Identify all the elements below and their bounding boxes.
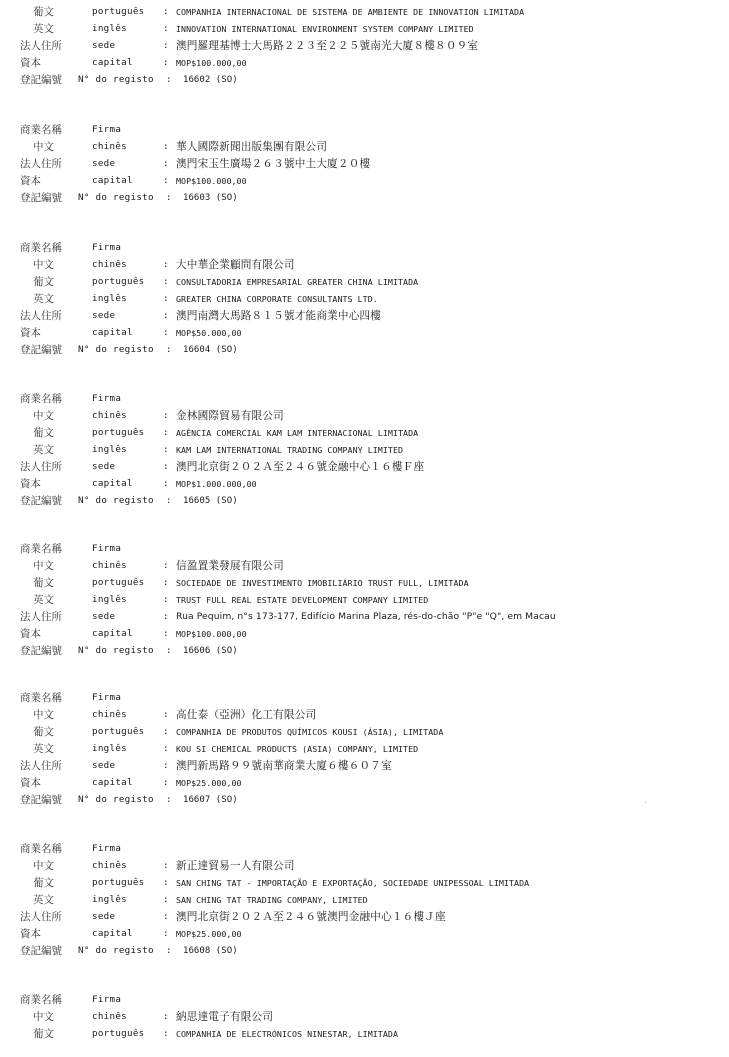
label-zh: 資本 (20, 325, 41, 341)
capital-amount: MOP$1.000.000,00 (176, 476, 257, 492)
registration-number: 16606 (SO) (183, 643, 238, 659)
address-row: 法人住所 sede : Rua Pequim, n°s 173-177, Edi… (0, 609, 729, 625)
label-zh: 葡文 (33, 875, 54, 891)
separator: : (163, 257, 169, 273)
label-pt: N° do registo (78, 493, 154, 509)
address-row: 法人住所 sede : 澳門南灣大馬路８１５號才能商業中心四樓 (0, 308, 729, 324)
label-pt: N° do registo (78, 72, 154, 88)
registration-number: 16608 (SO) (183, 943, 238, 959)
label-pt: inglês (92, 592, 127, 608)
label-pt: chinês (92, 1009, 127, 1025)
label-zh: 資本 (20, 626, 41, 642)
label-zh: 法人住所 (20, 38, 62, 54)
label-pt: português (92, 4, 144, 20)
portuguese-name: SAN CHING TAT - IMPORTAÇÃO E EXPORTAÇÃO,… (176, 875, 529, 891)
chinese-name-row: 中文 chinês : 納思達電子有限公司 (0, 1009, 729, 1025)
label-pt: chinês (92, 408, 127, 424)
label-zh: 英文 (33, 442, 54, 458)
portuguese-name-row: 葡文 português : SOCIEDADE DE INVESTIMENTO… (0, 575, 729, 591)
separator: : (163, 55, 169, 71)
separator: : (163, 425, 169, 441)
capital-row: 資本 capital : MOP$25.000,00 (0, 775, 729, 791)
label-pt: sede (92, 156, 115, 172)
address: Rua Pequim, n°s 173-177, Edifício Marina… (176, 609, 556, 625)
separator: : (163, 626, 169, 642)
label-pt: N° do registo (78, 190, 154, 206)
separator: : (163, 38, 169, 54)
capital-row: 資本 capital : MOP$25.000,00 (0, 926, 729, 942)
firm-header-row: 商業名稱 Firma (0, 122, 729, 138)
label-zh: 資本 (20, 476, 41, 492)
label-zh: 登記編號 (20, 342, 62, 358)
portuguese-name: SOCIEDADE DE INVESTIMENTO IMOBILIÁRIO TR… (176, 575, 469, 591)
registration-row: 登記編號 N° do registo : 16604 (SO) (0, 342, 729, 358)
label-zh: 商業名稱 (20, 841, 62, 857)
registration-number: 16603 (SO) (183, 190, 238, 206)
capital-row: 資本 capital : MOP$100.000,00 (0, 55, 729, 71)
chinese-name: 信盈置業發展有限公司 (176, 558, 284, 574)
english-name-row: 英文 inglês : KAM LAM INTERNATIONAL TRADIN… (0, 442, 729, 458)
separator: : (163, 459, 169, 475)
separator: : (163, 4, 169, 20)
separator: : (163, 592, 169, 608)
label-zh: 商業名稱 (20, 690, 62, 706)
label-pt: N° do registo (78, 943, 154, 959)
capital-amount: MOP$50.000,00 (176, 325, 242, 341)
separator: : (163, 442, 169, 458)
firm-header-row: 商業名稱 Firma (0, 391, 729, 407)
label-zh: 資本 (20, 926, 41, 942)
chinese-name-row: 中文 chinês : 金林國際貿易有限公司 (0, 408, 729, 424)
address: 澳門宋玉生廣場２６３號中土大廈２０樓 (176, 156, 370, 172)
label-pt: inglês (92, 21, 127, 37)
label-pt: capital (92, 173, 133, 189)
label-zh: 法人住所 (20, 156, 62, 172)
label-zh: 法人住所 (20, 459, 62, 475)
label-pt: chinês (92, 257, 127, 273)
label-zh: 葡文 (33, 425, 54, 441)
label-pt: português (92, 724, 144, 740)
english-name: GREATER CHINA CORPORATE CONSULTANTS LTD. (176, 291, 378, 307)
label-zh: 中文 (33, 1009, 54, 1025)
label-zh: 中文 (33, 257, 54, 273)
label-zh: 葡文 (33, 1026, 54, 1042)
chinese-name: 華人國際新聞出版集團有限公司 (176, 139, 327, 155)
chinese-name: 高仕泰（亞洲）化工有限公司 (176, 707, 316, 723)
label-pt: chinês (92, 858, 127, 874)
label-zh: 資本 (20, 55, 41, 71)
english-name: TRUST FULL REAL ESTATE DEVELOPMENT COMPA… (176, 592, 428, 608)
separator: : (166, 190, 172, 206)
label-zh: 中文 (33, 558, 54, 574)
capital-row: 資本 capital : MOP$1.000.000,00 (0, 476, 729, 492)
address-row: 法人住所 sede : 澳門新馬路９９號南華商業大廈６樓６０７室 (0, 758, 729, 774)
label-zh: 英文 (33, 892, 54, 908)
label-zh: 葡文 (33, 4, 54, 20)
address: 澳門新馬路９９號南華商業大廈６樓６０７室 (176, 758, 392, 774)
firm-header-row: 商業名稱 Firma (0, 992, 729, 1008)
address: 澳門北京街２０２Ａ至２４６號金融中心１６樓Ｆ座 (176, 459, 424, 475)
portuguese-name-row: 葡文 português : SAN CHING TAT - IMPORTAÇÃ… (0, 875, 729, 891)
portuguese-name: CONSULTADORIA EMPRESARIAL GREATER CHINA … (176, 274, 418, 290)
chinese-name-row: 中文 chinês : 大中華企業顧問有限公司 (0, 257, 729, 273)
label-zh: 中文 (33, 139, 54, 155)
label-pt: português (92, 575, 144, 591)
capital-amount: MOP$100.000,00 (176, 626, 247, 642)
capital-row: 資本 capital : MOP$100.000,00 (0, 173, 729, 189)
registration-number: 16602 (SO) (183, 72, 238, 88)
label-zh: 商業名稱 (20, 240, 62, 256)
registration-row: 登記編號 N° do registo : 16608 (SO) (0, 943, 729, 959)
separator: : (166, 943, 172, 959)
capital-amount: MOP$25.000,00 (176, 775, 242, 791)
portuguese-name-row: 葡文 português : COMPANHIA DE PRODUTOS QUÍ… (0, 724, 729, 740)
separator: : (163, 173, 169, 189)
separator: : (163, 575, 169, 591)
chinese-name-row: 中文 chinês : 信盈置業發展有限公司 (0, 558, 729, 574)
registration-row: 登記編號 N° do registo : 16602 (SO) (0, 72, 729, 88)
separator: : (163, 156, 169, 172)
label-zh: 中文 (33, 408, 54, 424)
label-pt: sede (92, 758, 115, 774)
label-zh: 葡文 (33, 575, 54, 591)
label-pt: inglês (92, 892, 127, 908)
english-name-row: 英文 inglês : GREATER CHINA CORPORATE CONS… (0, 291, 729, 307)
label-pt: N° do registo (78, 643, 154, 659)
address-row: 法人住所 sede : 澳門羅理基博士大馬路２２３至２２５號南光大廈８樓８０９室 (0, 38, 729, 54)
separator: : (166, 72, 172, 88)
label-pt: português (92, 1026, 144, 1042)
capital-row: 資本 capital : MOP$100.000,00 (0, 626, 729, 642)
capital-amount: MOP$100.000,00 (176, 55, 247, 71)
address: 澳門南灣大馬路８１５號才能商業中心四樓 (176, 308, 381, 324)
label-zh: 中文 (33, 858, 54, 874)
portuguese-name-row: 葡文 português : AGÊNCIA COMERCIAL KAM LAM… (0, 425, 729, 441)
separator: : (163, 609, 169, 625)
label-pt: Firma (92, 992, 121, 1008)
label-pt: sede (92, 609, 115, 625)
registration-row: 登記編號 N° do registo : 16606 (SO) (0, 643, 729, 659)
label-pt: capital (92, 926, 133, 942)
label-zh: 英文 (33, 291, 54, 307)
firm-header-row: 商業名稱 Firma (0, 841, 729, 857)
separator: : (166, 342, 172, 358)
capital-amount: MOP$25.000,00 (176, 926, 242, 942)
label-pt: capital (92, 775, 133, 791)
separator: : (163, 558, 169, 574)
separator: : (163, 741, 169, 757)
label-zh: 登記編號 (20, 792, 62, 808)
chinese-name: 金林國際貿易有限公司 (176, 408, 284, 424)
separator: : (163, 858, 169, 874)
label-zh: 商業名稱 (20, 541, 62, 557)
separator: : (163, 325, 169, 341)
english-name-row: 英文 inglês : KOU SI CHEMICAL PRODUCTS (AS… (0, 741, 729, 757)
english-name: KAM LAM INTERNATIONAL TRADING COMPANY LI… (176, 442, 403, 458)
chinese-name-row: 中文 chinês : 新正達貿易一人有限公司 (0, 858, 729, 874)
english-name: SAN CHING TAT TRADING COMPANY, LIMITED (176, 892, 368, 908)
label-zh: 商業名稱 (20, 992, 62, 1008)
separator: : (163, 274, 169, 290)
label-zh: 資本 (20, 173, 41, 189)
separator: : (163, 926, 169, 942)
label-pt: português (92, 274, 144, 290)
english-name-row: 英文 inglês : TRUST FULL REAL ESTATE DEVEL… (0, 592, 729, 608)
label-zh: 英文 (33, 592, 54, 608)
label-zh: 英文 (33, 741, 54, 757)
separator: : (163, 909, 169, 925)
firm-header-row: 商業名稱 Firma (0, 240, 729, 256)
separator: : (163, 139, 169, 155)
registration-row: 登記編號 N° do registo : 16607 (SO) (0, 792, 729, 808)
portuguese-name-row: 葡文 português : COMPANHIA INTERNACIONAL D… (0, 4, 729, 20)
portuguese-name-row: 葡文 português : COMPANHIA DE ELECTRÓNICOS… (0, 1026, 729, 1042)
separator: : (163, 707, 169, 723)
capital-amount: MOP$100.000,00 (176, 173, 247, 189)
label-zh: 登記編號 (20, 943, 62, 959)
label-pt: N° do registo (78, 792, 154, 808)
separator: : (166, 792, 172, 808)
firm-header-row: 商業名稱 Firma (0, 541, 729, 557)
english-name-row: 英文 inglês : INNOVATION INTERNATIONAL ENV… (0, 21, 729, 37)
firm-header-row: 商業名稱 Firma (0, 690, 729, 706)
label-pt: sede (92, 308, 115, 324)
label-pt: capital (92, 476, 133, 492)
label-pt: capital (92, 325, 133, 341)
english-name: KOU SI CHEMICAL PRODUCTS (ASIA) COMPANY,… (176, 741, 418, 757)
separator: : (163, 892, 169, 908)
registration-row: 登記編號 N° do registo : 16605 (SO) (0, 493, 729, 509)
separator: : (166, 643, 172, 659)
registration-number: 16607 (SO) (183, 792, 238, 808)
label-pt: Firma (92, 122, 121, 138)
label-pt: chinês (92, 558, 127, 574)
separator: : (163, 476, 169, 492)
label-pt: capital (92, 55, 133, 71)
label-zh: 登記編號 (20, 72, 62, 88)
address-row: 法人住所 sede : 澳門北京街２０２Ａ至２４６號澳門金融中心１６樓Ｊ座 (0, 909, 729, 925)
separator: : (163, 1026, 169, 1042)
label-zh: 法人住所 (20, 758, 62, 774)
registration-row: 登記編號 N° do registo : 16603 (SO) (0, 190, 729, 206)
address: 澳門羅理基博士大馬路２２３至２２５號南光大廈８樓８０９室 (176, 38, 478, 54)
chinese-name-row: 中文 chinês : 高仕泰（亞洲）化工有限公司 (0, 707, 729, 723)
separator: : (163, 408, 169, 424)
address-row: 法人住所 sede : 澳門北京街２０２Ａ至２４６號金融中心１６樓Ｆ座 (0, 459, 729, 475)
label-pt: chinês (92, 139, 127, 155)
capital-row: 資本 capital : MOP$50.000,00 (0, 325, 729, 341)
chinese-name: 納思達電子有限公司 (176, 1009, 273, 1025)
label-zh: 法人住所 (20, 308, 62, 324)
registration-number: 16605 (SO) (183, 493, 238, 509)
english-name: INNOVATION INTERNATIONAL ENVIRONMENT SYS… (176, 21, 474, 37)
separator: : (166, 493, 172, 509)
label-zh: 商業名稱 (20, 391, 62, 407)
label-pt: português (92, 875, 144, 891)
portuguese-name: COMPANHIA DE PRODUTOS QUÍMICOS KOUSI (ÁS… (176, 724, 443, 740)
label-zh: 法人住所 (20, 609, 62, 625)
portuguese-name: COMPANHIA INTERNACIONAL DE SISTEMA DE AM… (176, 4, 524, 20)
chinese-name: 大中華企業顧問有限公司 (176, 257, 295, 273)
label-zh: 登記編號 (20, 493, 62, 509)
label-zh: 葡文 (33, 724, 54, 740)
label-pt: inglês (92, 291, 127, 307)
label-zh: 葡文 (33, 274, 54, 290)
label-pt: Firma (92, 391, 121, 407)
label-pt: inglês (92, 741, 127, 757)
label-zh: 中文 (33, 707, 54, 723)
registration-number: 16604 (SO) (183, 342, 238, 358)
label-zh: 商業名稱 (20, 122, 62, 138)
portuguese-name: AGÊNCIA COMERCIAL KAM LAM INTERNACIONAL … (176, 425, 418, 441)
label-pt: capital (92, 626, 133, 642)
separator: : (163, 308, 169, 324)
label-pt: sede (92, 459, 115, 475)
separator: : (163, 775, 169, 791)
separator: : (163, 875, 169, 891)
separator: : (163, 758, 169, 774)
label-pt: português (92, 425, 144, 441)
portuguese-name-row: 葡文 português : CONSULTADORIA EMPRESARIAL… (0, 274, 729, 290)
label-zh: 登記編號 (20, 190, 62, 206)
label-zh: 法人住所 (20, 909, 62, 925)
label-pt: Firma (92, 541, 121, 557)
separator: : (163, 291, 169, 307)
label-zh: 英文 (33, 21, 54, 37)
portuguese-name: COMPANHIA DE ELECTRÓNICOS NINESTAR, LIMI… (176, 1026, 398, 1042)
label-pt: Firma (92, 690, 121, 706)
address-row: 法人住所 sede : 澳門宋玉生廣場２６３號中土大廈２０樓 (0, 156, 729, 172)
separator: : (163, 1009, 169, 1025)
label-zh: 登記編號 (20, 643, 62, 659)
chinese-name-row: 中文 chinês : 華人國際新聞出版集團有限公司 (0, 139, 729, 155)
separator: : (163, 21, 169, 37)
address: 澳門北京街２０２Ａ至２４６號澳門金融中心１６樓Ｊ座 (176, 909, 446, 925)
label-pt: sede (92, 38, 115, 54)
english-name-row: 英文 inglês : SAN CHING TAT TRADING COMPAN… (0, 892, 729, 908)
label-zh: 資本 (20, 775, 41, 791)
label-pt: inglês (92, 442, 127, 458)
scan-speck (645, 802, 646, 803)
separator: : (163, 724, 169, 740)
label-pt: Firma (92, 240, 121, 256)
chinese-name: 新正達貿易一人有限公司 (176, 858, 295, 874)
label-pt: N° do registo (78, 342, 154, 358)
label-pt: Firma (92, 841, 121, 857)
label-pt: sede (92, 909, 115, 925)
label-pt: chinês (92, 707, 127, 723)
